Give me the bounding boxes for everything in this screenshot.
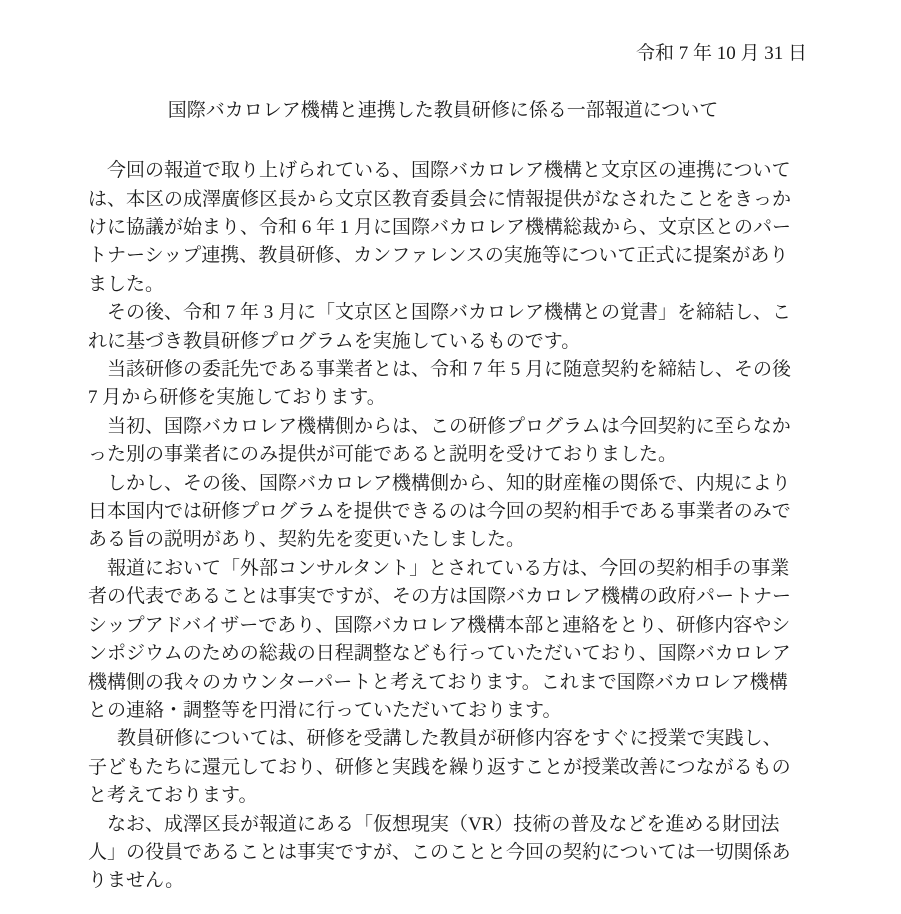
body-paragraph: しかし、その後、国際バカロレア機構側から、知的財産権の関係で、内規により日本国内… (88, 470, 798, 555)
body-paragraph: その後、令和 7 年 3 月に「文京区と国際バカロレア機構との覚書」を締結し、こ… (88, 299, 798, 356)
document-date: 令和 7 年 10 月 31 日 (88, 40, 807, 68)
document-body: 今回の報道で取り上げられている、国際バカロレア機構と文京区の連携については、本区… (88, 157, 798, 896)
body-paragraph: 今回の報道で取り上げられている、国際バカロレア機構と文京区の連携については、本区… (88, 157, 798, 299)
body-paragraph: なお、成澤区長が報道にある「仮想現実（VR）技術の普及などを進める財団法人」の役… (88, 811, 798, 896)
body-paragraph: 当初、国際バカロレア機構側からは、この研修プログラムは今回契約に至らなかった別の… (88, 413, 798, 470)
document-page: 令和 7 年 10 月 31 日 国際バカロレア機構と連携した教員研修に係る一部… (0, 0, 901, 914)
document-title: 国際バカロレア機構と連携した教員研修に係る一部報道について (88, 97, 798, 125)
body-paragraph: 当該研修の委託先である事業者とは、令和 7 年 5 月に随意契約を締結し、その後… (88, 356, 798, 413)
document-content: 令和 7 年 10 月 31 日 国際バカロレア機構と連携した教員研修に係る一部… (88, 40, 798, 896)
body-paragraph: 報道において「外部コンサルタント」とされている方は、今回の契約相手の事業者の代表… (88, 555, 798, 725)
body-paragraph: 教員研修については、研修を受講した教員が研修内容をすぐに授業で実践し、子どもたち… (88, 725, 798, 810)
